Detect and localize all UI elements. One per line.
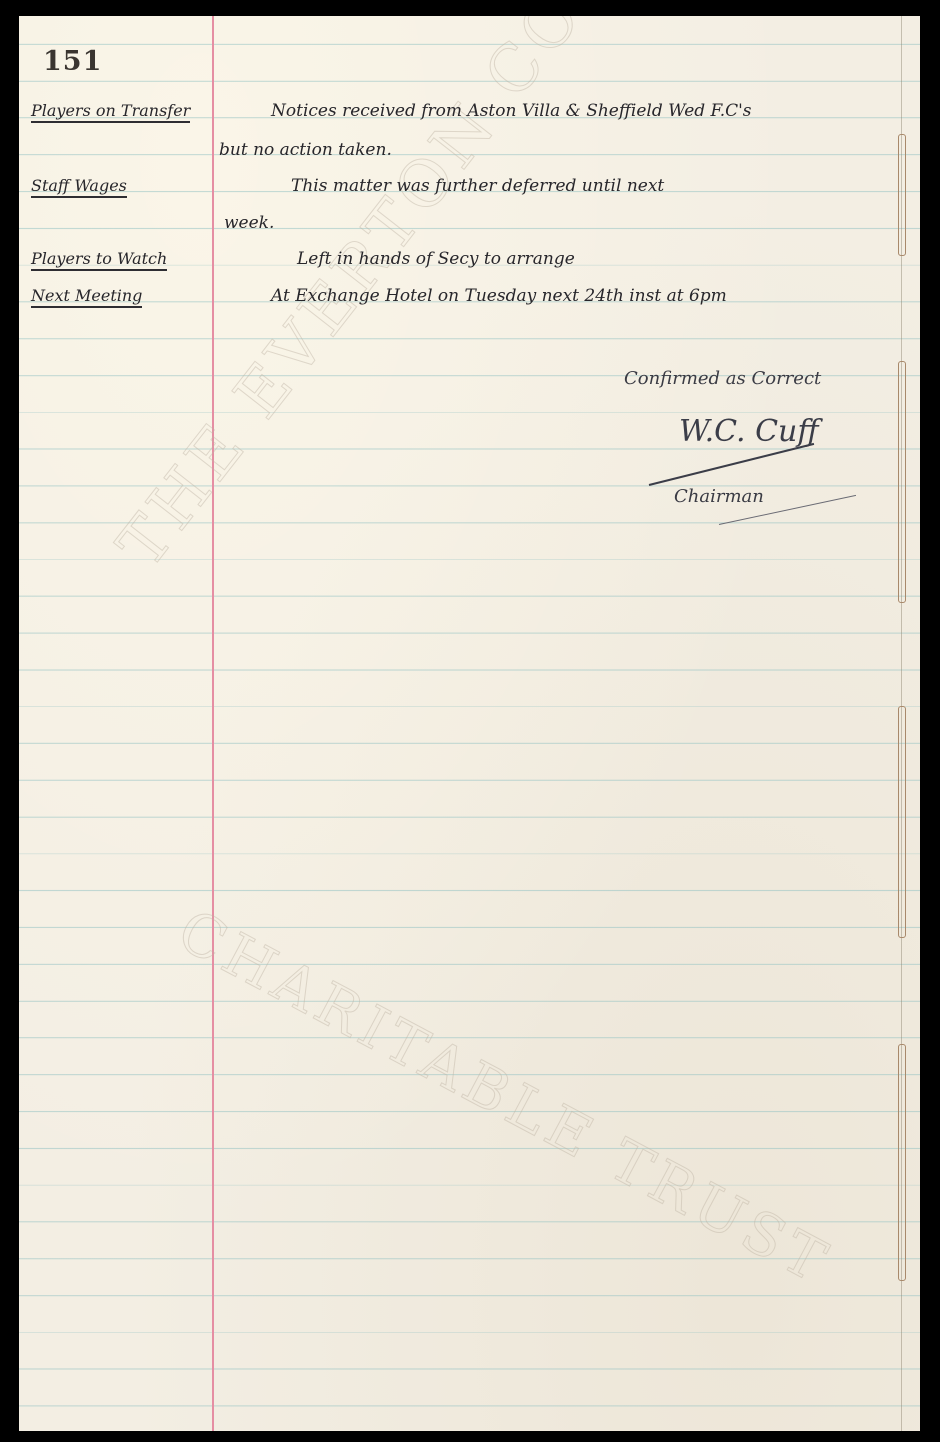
page-number: 151 (43, 46, 102, 77)
binding-stitch (898, 1044, 906, 1281)
entry-text-line: week. (224, 213, 274, 233)
confirmation-statement: Confirmed as Correct (624, 368, 821, 389)
entry-text-line: but no action taken. (219, 140, 392, 160)
entry-heading-next-meeting: Next Meeting (31, 286, 142, 308)
chairman-signature: W.C. Cuff (679, 414, 819, 449)
entry-text-line: At Exchange Hotel on Tuesday next 24th i… (271, 286, 727, 306)
binding-stitch (898, 706, 906, 938)
entry-text-line: Left in hands of Secy to arrange (297, 249, 575, 269)
margin-rule (212, 16, 214, 1431)
binding-stitch (898, 134, 906, 256)
entry-text-line: Notices received from Aston Villa & Shef… (271, 101, 752, 121)
chairman-title: Chairman (674, 486, 764, 507)
entry-heading-players-on-transfer: Players on Transfer (31, 101, 190, 123)
ruled-lines (19, 16, 920, 1431)
entry-heading-players-to-watch: Players to Watch (31, 249, 167, 271)
binding-stitch (898, 361, 906, 603)
ledger-page: THE EVERTON COLLECTION CHARITABLE TRUST … (19, 16, 920, 1431)
entry-heading-staff-wages: Staff Wages (31, 176, 127, 198)
entry-text-line: This matter was further deferred until n… (291, 176, 664, 196)
